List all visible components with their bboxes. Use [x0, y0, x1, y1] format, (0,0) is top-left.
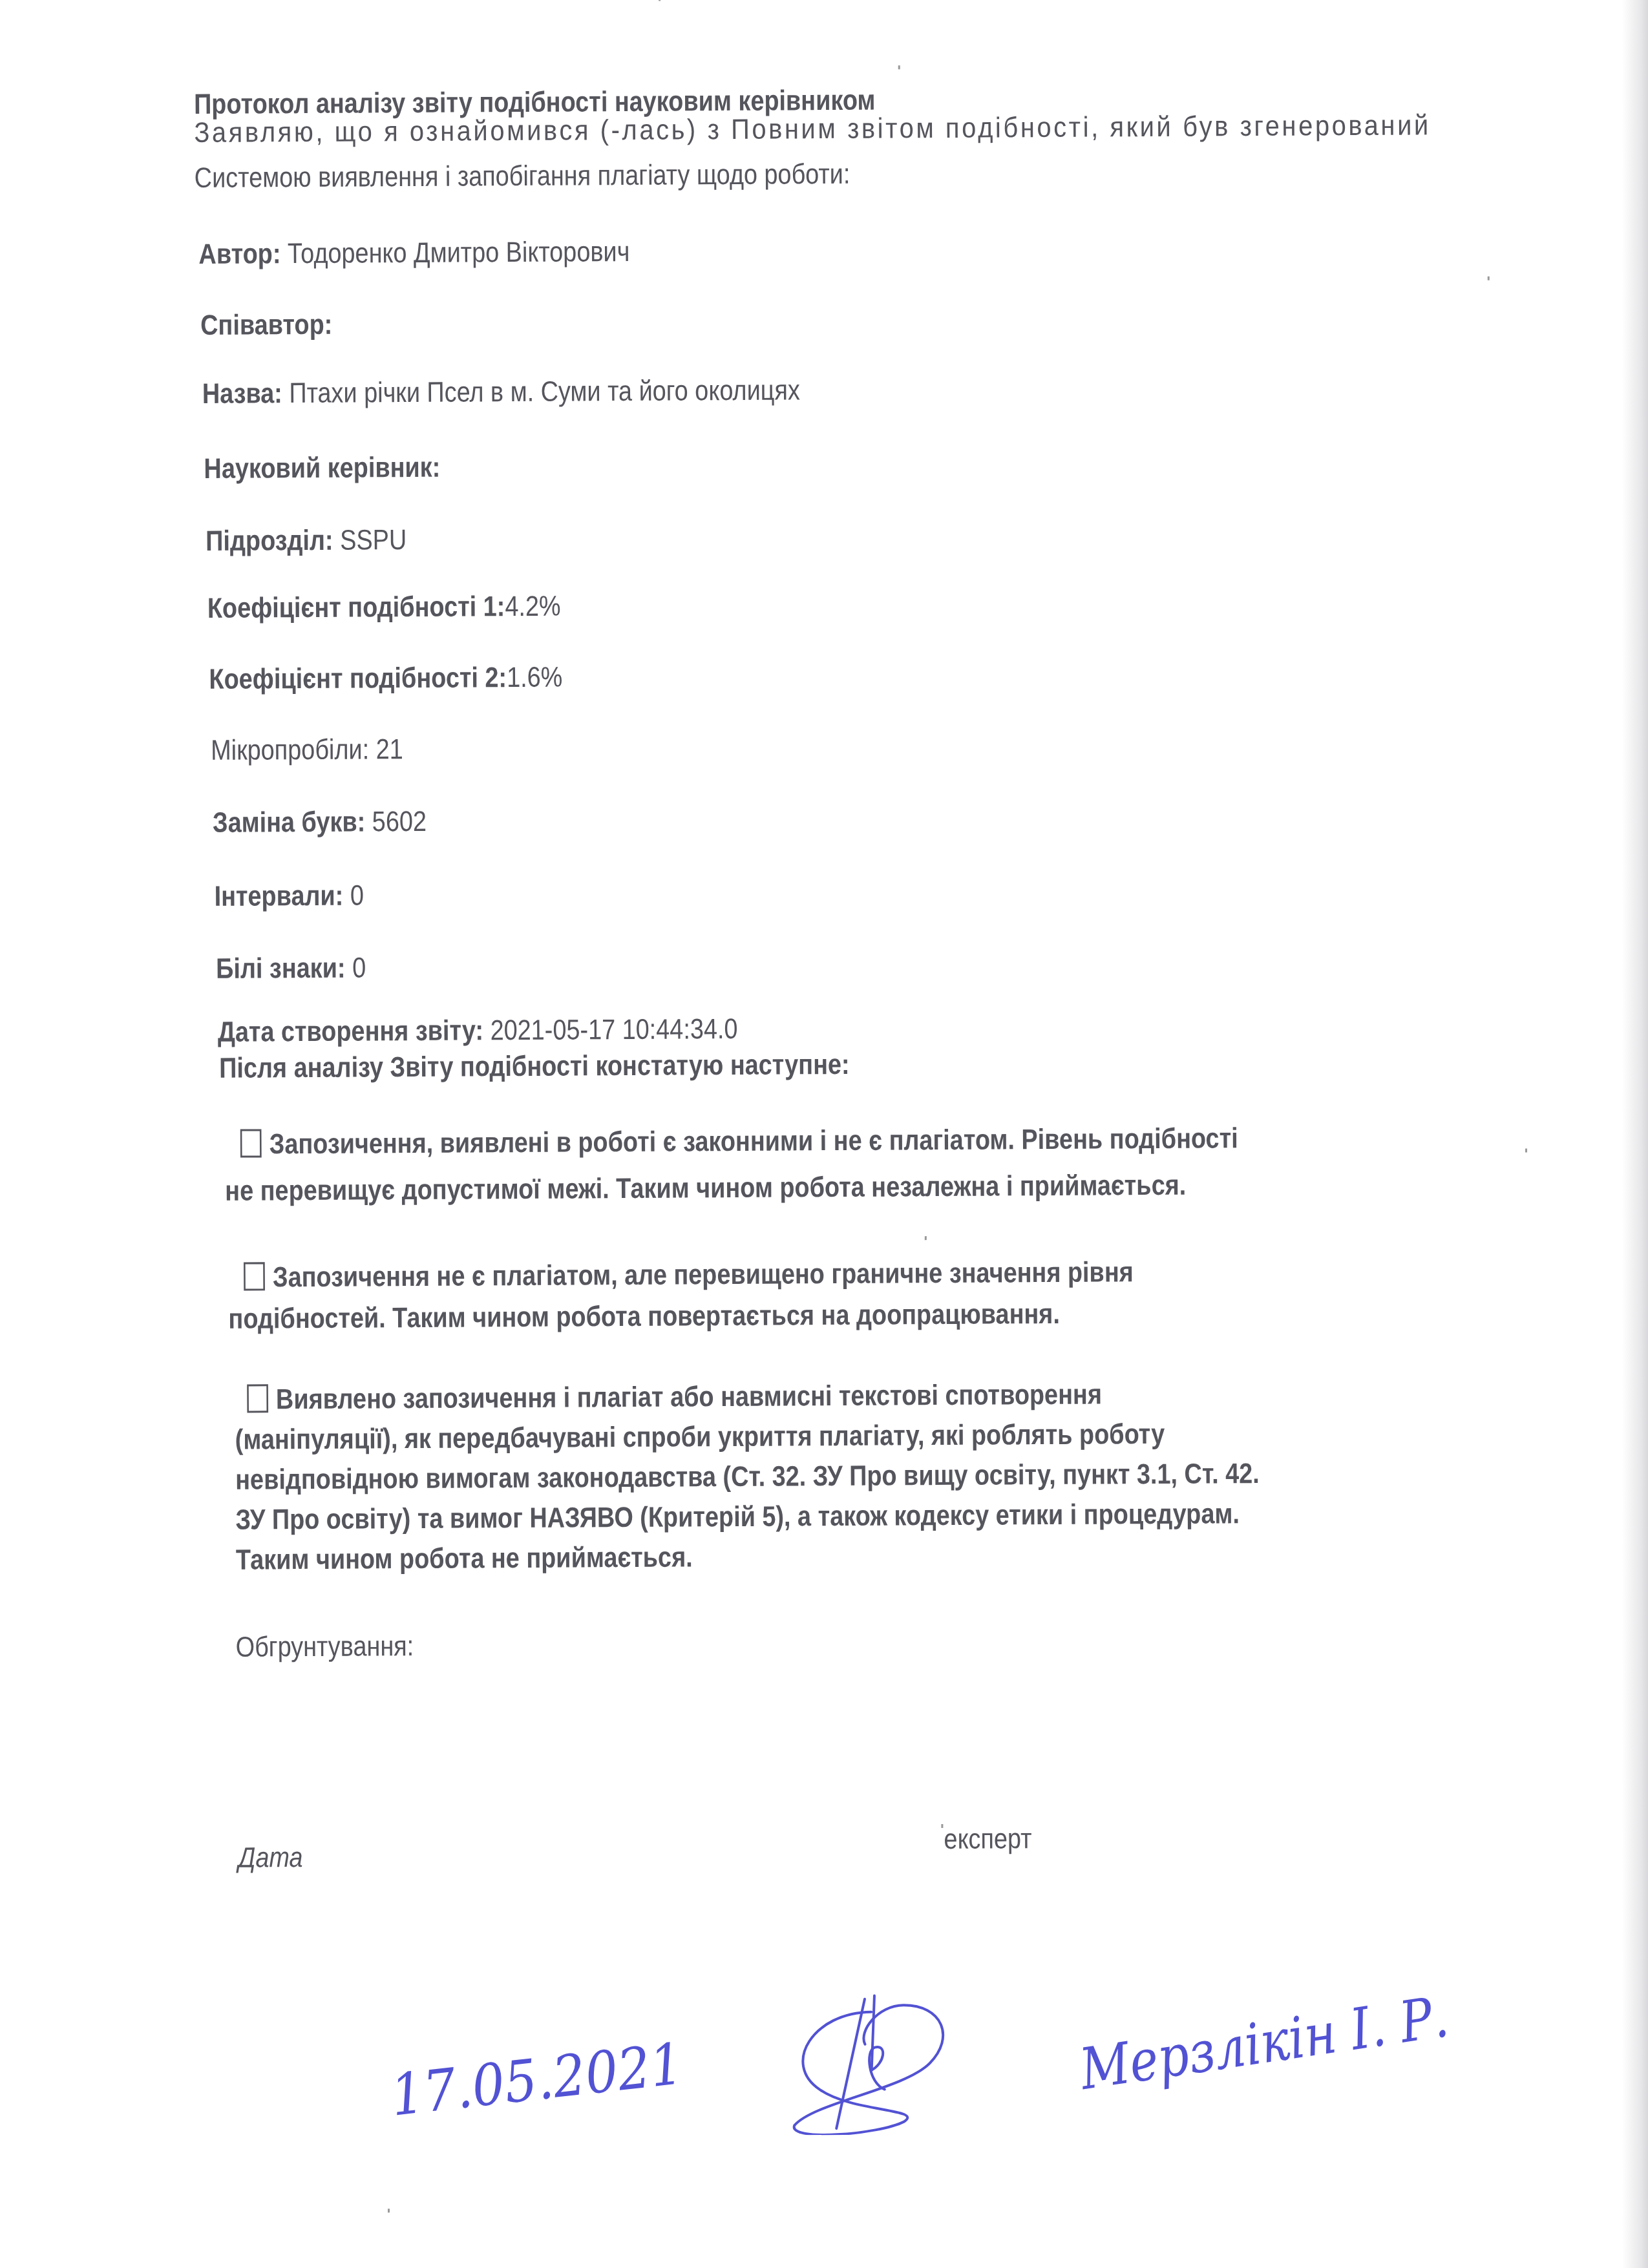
scan-speck [1525, 1148, 1527, 1152]
field-value: Птахи річки Псел в м. Суми та його околи… [289, 374, 800, 409]
intro-line-2: Системою виявлення і запобігання плагіат… [195, 158, 850, 195]
field-white-signs: Білі знаки: 0 [216, 951, 366, 985]
field-label: Заміна букв: [213, 806, 366, 838]
field-label: Назва: [202, 377, 282, 410]
field-value: 0 [350, 879, 364, 911]
field-similarity-1: Коефіцієнт подібності 1:4.2% [207, 590, 561, 625]
scan-speck [388, 2209, 390, 2212]
option-text: не перевищує допустимої межі. Таким чино… [225, 1162, 1574, 1212]
option-rejected: Виявлено запозичення і плагіат або навми… [247, 1372, 1582, 1580]
checkbox-accepted[interactable] [240, 1129, 262, 1157]
conclusion-heading: Після аналізу Звіту подібності констатую… [219, 1048, 850, 1086]
scan-speck [925, 1236, 927, 1240]
checkbox-revision[interactable] [244, 1262, 265, 1290]
field-label: Білі знаки: [216, 952, 346, 985]
field-micro-spaces: Мікропробіли: 21 [211, 733, 403, 768]
checkbox-rejected[interactable] [247, 1384, 268, 1412]
handwritten-date: 17.05.2021 [388, 2030, 686, 2129]
option-accepted: Запозичення, виявлені в роботі є законни… [240, 1116, 1575, 1212]
field-label: Автор: [198, 238, 280, 270]
option-text: Таким чином робота не приймається. [236, 1532, 1582, 1580]
field-supervisor: Науковий керівник: [204, 451, 440, 486]
field-letter-replacement: Заміна букв: 5602 [213, 805, 427, 840]
field-label: Науковий керівник: [204, 452, 440, 485]
field-label: Коефіцієнт подібності 2: [209, 662, 507, 695]
scan-speck [898, 65, 900, 69]
scan-edge-shadow [1622, 0, 1648, 2268]
field-value: 1.6% [507, 662, 563, 694]
option-text: Запозичення не є плагіатом, але перевище… [273, 1256, 1134, 1293]
intro-line-1: Заявляю, що я ознайомився (-лась) з Повн… [194, 109, 1431, 150]
field-similarity-2: Коефіцієнт подібності 2:1.6% [209, 661, 562, 697]
option-text: Запозичення, виявлені в роботі є законни… [269, 1122, 1238, 1160]
signature-icon [774, 1991, 1008, 2135]
field-value: 4.2% [505, 591, 561, 623]
field-label: Підрозділ: [206, 525, 333, 557]
field-value: 21 [376, 733, 403, 765]
expert-label: експерт [944, 1822, 1031, 1856]
field-label: Коефіцієнт подібності 1: [207, 591, 505, 624]
field-value: 0 [352, 952, 366, 983]
field-value: 5602 [372, 806, 427, 838]
field-label: Дата створення звіту: [218, 1014, 484, 1048]
field-label: Співавтор: [200, 309, 332, 341]
field-author: Автор: Тодоренко Дмитро Вікторович [198, 235, 629, 271]
scan-speck [1488, 277, 1490, 280]
date-label: Дата [238, 1841, 302, 1875]
option-revision: Запозичення не є плагіатом, але перевище… [244, 1249, 1578, 1340]
field-intervals: Інтервали: 0 [214, 879, 364, 913]
field-department: Підрозділ: SSPU [206, 523, 407, 558]
scanned-document-page: Протокол аналізу звіту подібності науков… [0, 0, 1648, 2268]
field-value: SSPU [340, 524, 407, 556]
scan-speck [659, 0, 660, 1]
field-label: Інтервали: [214, 880, 343, 912]
field-label: Мікропробіли: [211, 733, 369, 766]
field-coauthor: Співавтор: [200, 308, 332, 342]
field-title: Назва: Птахи річки Псел в м. Суми та йог… [202, 373, 800, 411]
field-value: 2021-05-17 10:44:34.0 [490, 1013, 737, 1046]
handwritten-name: Мерзлікін І. Р. [1076, 1983, 1453, 2103]
field-report-date: Дата створення звіту: 2021-05-17 10:44:3… [218, 1013, 738, 1049]
option-text: Виявлено запозичення і плагіат або навми… [276, 1378, 1102, 1415]
justification-label: Обгрунтування: [236, 1630, 414, 1664]
field-value: Тодоренко Дмитро Вікторович [288, 236, 630, 269]
scan-speck [941, 1824, 943, 1828]
option-text: подібностей. Таким чином робота повертає… [228, 1290, 1578, 1340]
